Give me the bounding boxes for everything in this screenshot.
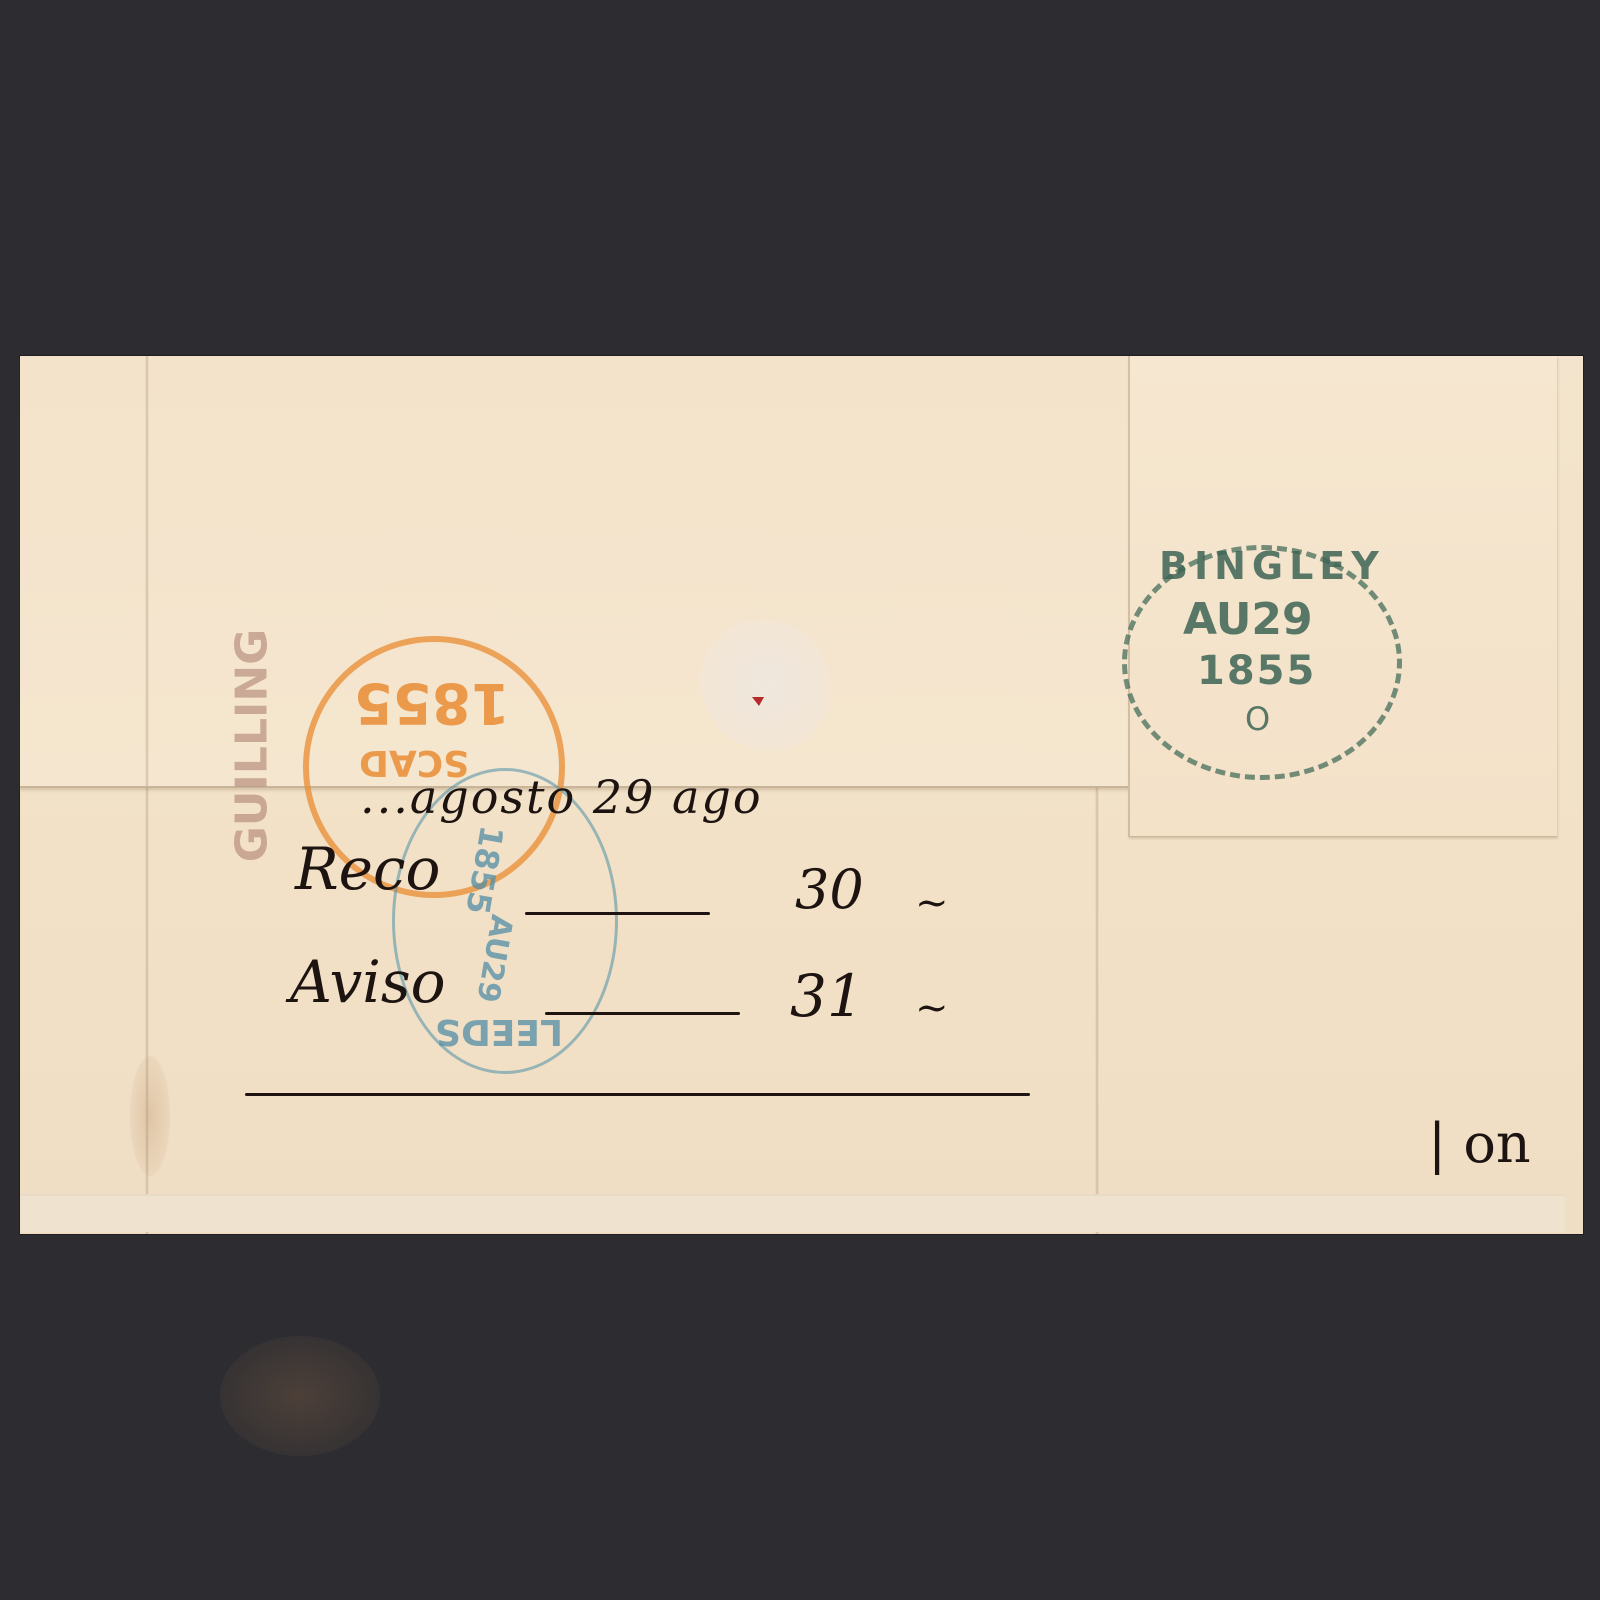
bottom-fold-edge: [20, 1194, 1565, 1232]
bingley-postmark-town: BINGLEY: [1159, 544, 1385, 588]
blue-postmark-town: LEEDS: [435, 1011, 563, 1052]
bingley-postmark-date: AU29: [1183, 594, 1313, 645]
docket-row-label: Reco: [295, 835, 440, 903]
fold-line-flap: [145, 356, 149, 786]
docket-underline: [245, 1093, 1030, 1096]
docket-row-rule: [525, 912, 710, 915]
faint-postmark: GUILLING: [165, 620, 305, 860]
fold-line-right: [1095, 786, 1099, 1234]
docket-row-suffix: ~: [915, 880, 949, 926]
docket-row-value: 31: [790, 962, 864, 1030]
foxing-stain: [220, 1336, 380, 1456]
docket-row-value: 30: [795, 858, 864, 921]
corner-note: | on: [1428, 1112, 1531, 1175]
bingley-postmark-code: O: [1245, 700, 1270, 738]
blue-postmark-year: 1855: [458, 823, 511, 917]
red-wax-fleck: [752, 697, 764, 706]
bingley-postmark-year: 1855: [1197, 648, 1316, 694]
docket-row-suffix: ~: [915, 985, 949, 1031]
docket-header: ...agosto 29 ago: [360, 770, 763, 824]
blue-postmark-date: AU29: [469, 912, 519, 1005]
docket-row-label: Aviso: [290, 948, 446, 1016]
foxing-stain: [130, 1056, 170, 1176]
bingley-postmark: BINGLEY AU29 1855 O: [1122, 545, 1402, 780]
faint-postmark-text: GUILLING: [226, 629, 277, 863]
docket-row-rule: [545, 1012, 740, 1015]
red-postmark-year: 1855: [354, 670, 510, 735]
